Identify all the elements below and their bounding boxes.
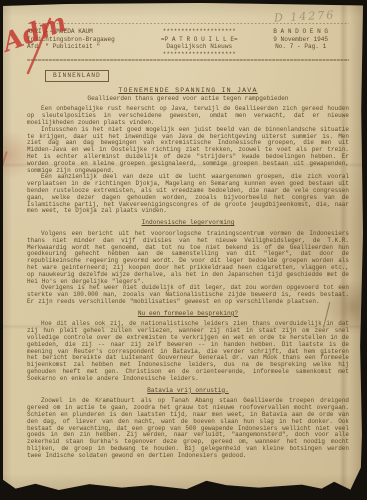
typewritten-content: ----------------------------------------… bbox=[27, 21, 349, 460]
masthead-line: 9 November 1945 bbox=[252, 36, 349, 44]
masthead-line: ******************** bbox=[146, 28, 252, 36]
masthead-line: No. 7 - Pag. 1 bbox=[252, 43, 349, 51]
article-subheading: Nu een formeele bespreking? bbox=[27, 311, 349, 318]
article-subheading: Batavia vrij onrustig. bbox=[27, 388, 349, 395]
masthead-title-block: ********************=P A T R O U I L L E… bbox=[146, 28, 252, 58]
article-paragraph: Overigens is het weer niet duidelijk of … bbox=[27, 285, 349, 305]
paper-sheet: ----------------------------------------… bbox=[3, 3, 363, 493]
article-paragraph: Volgens een bericht uit het vooroorlogsc… bbox=[27, 231, 349, 285]
masthead-line: Dagelijksch Nieuws bbox=[146, 43, 252, 51]
article: TOENEMENDE SPANNING IN JAVA Geallieerden… bbox=[27, 87, 349, 459]
article-paragraph: Zoowel in de Kramatbuurt als op Tanah Ab… bbox=[27, 398, 349, 459]
article-subheading: Indonesische legervorming bbox=[27, 220, 349, 227]
article-paragraph: Hoe dit alles ook zij, de nationalistisc… bbox=[27, 321, 349, 382]
masthead-line: B A N D O E N G bbox=[252, 28, 349, 36]
article-paragraph: Een onbehagelijke rust heerscht op Java,… bbox=[27, 106, 349, 126]
section-label-binnenland: BINNENLAND bbox=[45, 70, 109, 82]
masthead: AMRI -- MOEDA KAUMInlichtingsbron-Bragaw… bbox=[27, 28, 349, 58]
masthead-line: AMRI -- MOEDA KAUM bbox=[27, 28, 146, 36]
masthead-line: =P A T R O U I L L E= bbox=[146, 36, 252, 44]
masthead-issue-block: B A N D O E N G9 November 1945No. 7 - Pa… bbox=[252, 28, 349, 58]
scanned-document-page: ----------------------------------------… bbox=[0, 0, 367, 500]
article-title: TOENEMENDE SPANNING IN JAVA bbox=[27, 87, 349, 94]
article-subtitle: Geallieerden thans gereed voor actie teg… bbox=[27, 95, 349, 102]
article-paragraph: Een aanzienlijk deel van deze uit de luc… bbox=[27, 174, 349, 215]
masthead-line: Afd. " Publiciteit " bbox=[27, 43, 146, 51]
red-margin-dash bbox=[0, 151, 7, 169]
masthead-line: ******************** bbox=[146, 51, 252, 59]
masthead-publisher-block: AMRI -- MOEDA KAUMInlichtingsbron-Bragaw… bbox=[27, 28, 146, 58]
article-paragraph: Intusschen is het niet goed mogelijk een… bbox=[27, 127, 349, 175]
masthead-line: Inlichtingsbron-Bragaweg bbox=[27, 36, 146, 44]
article-body: Een onbehagelijke rust heerscht op Java,… bbox=[27, 106, 349, 459]
